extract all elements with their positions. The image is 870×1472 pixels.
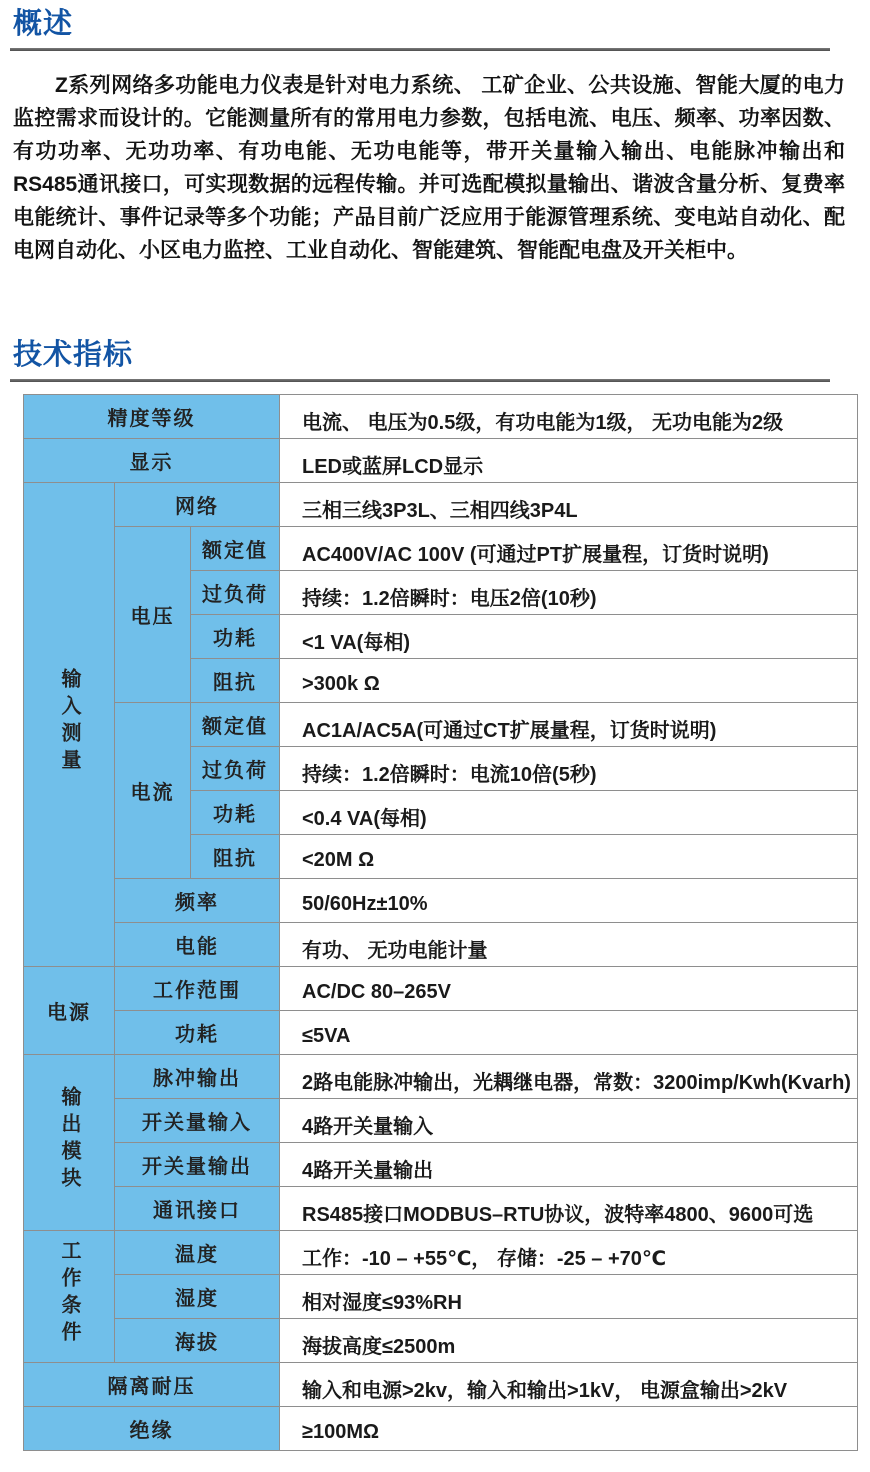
table-row: 输出模块 脉冲输出 2路电能脉冲输出，光耦继电器，常数：3200imp/Kwh(… <box>24 1055 858 1099</box>
title-divider-rule <box>10 48 830 51</box>
table-row: 电压 额定值 AC400V/AC 100V (可通过PT扩展量程，订货时说明) <box>24 527 858 571</box>
humidity-label-cell: 湿度 <box>115 1275 280 1319</box>
output-module-group-cell: 输出模块 <box>24 1055 115 1231</box>
isolation-value-cell: 输入和电源>2kv，输入和输出>1kV， 电源盒输出>2kV <box>280 1363 858 1407</box>
current-rated-label-cell: 额定值 <box>191 703 280 747</box>
altitude-label-cell: 海拔 <box>115 1319 280 1363</box>
comm-interface-label-cell: 通讯接口 <box>115 1187 280 1231</box>
ps-consumption-value-cell: ≤5VA <box>280 1011 858 1055</box>
switch-output-label-cell: 开关量输出 <box>115 1143 280 1187</box>
input-group-cell: 输入测量 <box>24 483 115 967</box>
accuracy-label-cell: 精度等级 <box>24 395 280 439</box>
switch-input-value-cell: 4路开关量输入 <box>280 1099 858 1143</box>
current-rated-value-cell: AC1A/AC5A(可通过CT扩展量程，订货时说明) <box>280 703 858 747</box>
comm-interface-value-cell: RS485接口MODBUS–RTU协议，波特率4800、9600可选 <box>280 1187 858 1231</box>
isolation-label-cell: 隔离耐压 <box>24 1363 280 1407</box>
voltage-impedance-value-cell: >300k Ω <box>280 659 858 703</box>
title-divider-rule <box>10 379 830 382</box>
current-overload-value-cell: 持续：1.2倍瞬时：电流10倍(5秒) <box>280 747 858 791</box>
table-row: 电流 额定值 AC1A/AC5A(可通过CT扩展量程，订货时说明) <box>24 703 858 747</box>
working-conditions-group-label: 工作条件 <box>58 1240 80 1348</box>
energy-value-cell: 有功、 无功电能计量 <box>280 923 858 967</box>
temperature-label-cell: 温度 <box>115 1231 280 1275</box>
pulse-output-value-cell: 2路电能脉冲输出，光耦继电器，常数：3200imp/Kwh(Kvarh) <box>280 1055 858 1099</box>
table-row: 开关量输出 4路开关量输出 <box>24 1143 858 1187</box>
current-consumption-value-cell: <0.4 VA(每相) <box>280 791 858 835</box>
table-row: 工作条件 温度 工作：-10 – +55℃， 存储：-25 – +70℃ <box>24 1231 858 1275</box>
voltage-impedance-label-cell: 阻抗 <box>191 659 280 703</box>
table-row: 显示 LED或蓝屏LCD显示 <box>24 439 858 483</box>
overview-paragraph: Z系列网络多功能电力仪表是针对电力系统、 工矿企业、公共设施、智能大厦的电力监控… <box>13 69 845 267</box>
altitude-value-cell: 海拔高度≤2500m <box>280 1319 858 1363</box>
table-row: 海拔 海拔高度≤2500m <box>24 1319 858 1363</box>
display-value-cell: LED或蓝屏LCD显示 <box>280 439 858 483</box>
humidity-value-cell: 相对湿度≤93%RH <box>280 1275 858 1319</box>
voltage-consumption-value-cell: <1 VA(每相) <box>280 615 858 659</box>
voltage-rated-value-cell: AC400V/AC 100V (可通过PT扩展量程，订货时说明) <box>280 527 858 571</box>
overview-section: 概述 Z系列网络多功能电力仪表是针对电力系统、 工矿企业、公共设施、智能大厦的电… <box>0 6 870 267</box>
overview-title: 概述 <box>13 6 870 42</box>
input-group-label: 输入测量 <box>58 668 80 776</box>
specs-title: 技术指标 <box>13 337 870 373</box>
table-row: 频率 50/60Hz±10% <box>24 879 858 923</box>
voltage-rated-label-cell: 额定值 <box>191 527 280 571</box>
insulation-value-cell: ≥100MΩ <box>280 1407 858 1451</box>
current-group-cell: 电流 <box>115 703 191 879</box>
table-row: 湿度 相对湿度≤93%RH <box>24 1275 858 1319</box>
current-overload-label-cell: 过负荷 <box>191 747 280 791</box>
table-row: 电能 有功、 无功电能计量 <box>24 923 858 967</box>
working-conditions-group-cell: 工作条件 <box>24 1231 115 1363</box>
switch-output-value-cell: 4路开关量输出 <box>280 1143 858 1187</box>
display-label-cell: 显示 <box>24 439 280 483</box>
voltage-overload-value-cell: 持续：1.2倍瞬时：电压2倍(10秒) <box>280 571 858 615</box>
table-row: 精度等级 电流、 电压为0.5级，有功电能为1级， 无功电能为2级 <box>24 395 858 439</box>
table-row: 隔离耐压 输入和电源>2kv，输入和输出>1kV， 电源盒输出>2kV <box>24 1363 858 1407</box>
specs-section: 技术指标 精度等级 电流、 电压为0.5级，有功电能为1级， 无功电能为2级 显… <box>0 337 870 1451</box>
accuracy-value-cell: 电流、 电压为0.5级，有功电能为1级， 无功电能为2级 <box>280 395 858 439</box>
table-row: 电源 工作范围 AC/DC 80–265V <box>24 967 858 1011</box>
current-consumption-label-cell: 功耗 <box>191 791 280 835</box>
insulation-label-cell: 绝缘 <box>24 1407 280 1451</box>
table-row: 绝缘 ≥100MΩ <box>24 1407 858 1451</box>
pulse-output-label-cell: 脉冲输出 <box>115 1055 280 1099</box>
frequency-label-cell: 频率 <box>115 879 280 923</box>
voltage-overload-label-cell: 过负荷 <box>191 571 280 615</box>
frequency-value-cell: 50/60Hz±10% <box>280 879 858 923</box>
table-row: 开关量输入 4路开关量输入 <box>24 1099 858 1143</box>
work-range-label-cell: 工作范围 <box>115 967 280 1011</box>
power-supply-group-cell: 电源 <box>24 967 115 1055</box>
network-label-cell: 网络 <box>115 483 280 527</box>
voltage-consumption-label-cell: 功耗 <box>191 615 280 659</box>
energy-label-cell: 电能 <box>115 923 280 967</box>
output-module-group-label: 输出模块 <box>58 1086 80 1194</box>
table-row: 功耗 ≤5VA <box>24 1011 858 1055</box>
network-value-cell: 三相三线3P3L、三相四线3P4L <box>280 483 858 527</box>
datasheet-page: 概述 Z系列网络多功能电力仪表是针对电力系统、 工矿企业、公共设施、智能大厦的电… <box>0 0 870 1472</box>
current-impedance-label-cell: 阻抗 <box>191 835 280 879</box>
specs-table: 精度等级 电流、 电压为0.5级，有功电能为1级， 无功电能为2级 显示 LED… <box>23 394 858 1451</box>
work-range-value-cell: AC/DC 80–265V <box>280 967 858 1011</box>
switch-input-label-cell: 开关量输入 <box>115 1099 280 1143</box>
table-row: 输入测量 网络 三相三线3P3L、三相四线3P4L <box>24 483 858 527</box>
temperature-value-cell: 工作：-10 – +55℃， 存储：-25 – +70℃ <box>280 1231 858 1275</box>
table-row: 通讯接口 RS485接口MODBUS–RTU协议，波特率4800、9600可选 <box>24 1187 858 1231</box>
current-impedance-value-cell: <20M Ω <box>280 835 858 879</box>
voltage-group-cell: 电压 <box>115 527 191 703</box>
ps-consumption-label-cell: 功耗 <box>115 1011 280 1055</box>
